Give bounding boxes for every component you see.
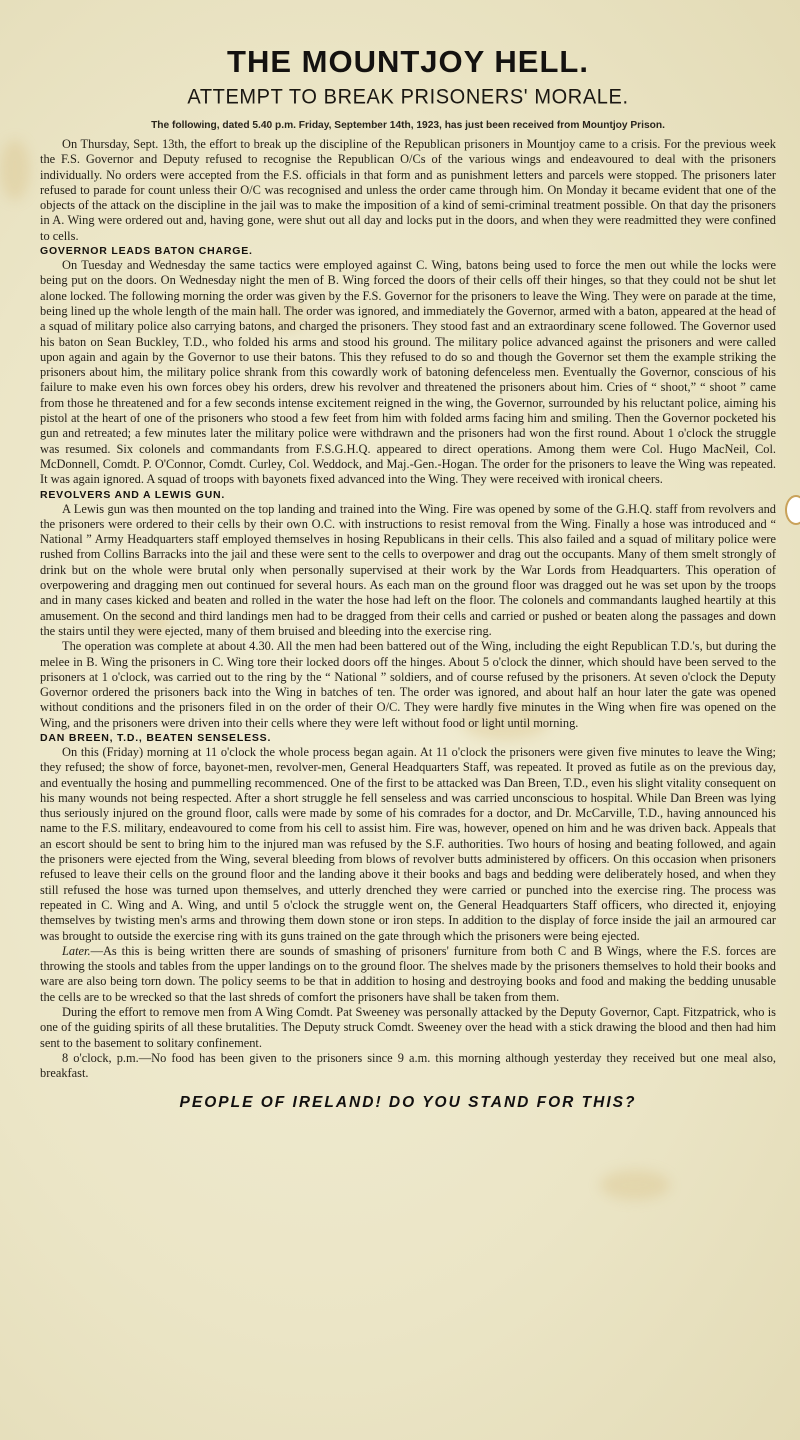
document-content: THE MOUNTJOY HELL. ATTEMPT TO BREAK PRIS… — [40, 40, 776, 1112]
document-subtitle: ATTEMPT TO BREAK PRISONERS' MORALE. — [40, 85, 776, 109]
dateline: The following, dated 5.40 p.m. Friday, S… — [40, 120, 776, 131]
body-paragraph: On Tuesday and Wednesday the same tactic… — [40, 258, 776, 487]
later-label: Later. — [62, 944, 91, 958]
section-heading: DAN BREEN, T.D., BEATEN SENSELESS. — [40, 732, 776, 744]
document-sheet: THE MOUNTJOY HELL. ATTEMPT TO BREAK PRIS… — [0, 0, 800, 1440]
closing-paragraph: 8 o'clock, p.m.—No food has been given t… — [40, 1051, 776, 1082]
closing-paragraph: During the effort to remove men from A W… — [40, 1005, 776, 1051]
footer-appeal: PEOPLE OF IRELAND! DO YOU STAND FOR THIS… — [40, 1094, 776, 1112]
paper-stain — [600, 1170, 670, 1200]
body-paragraph: A Lewis gun was then mounted on the top … — [40, 502, 776, 640]
section-heading: REVOLVERS AND A LEWIS GUN. — [40, 489, 776, 501]
section-heading: GOVERNOR LEADS BATON CHARGE. — [40, 245, 776, 257]
document-title: THE MOUNTJOY HELL. — [40, 44, 776, 80]
paper-stain — [0, 140, 30, 200]
body-paragraph: The operation was complete at about 4.30… — [40, 639, 776, 731]
body-paragraph: On this (Friday) morning at 11 o'clock t… — [40, 745, 776, 944]
later-text: —As this is being written there are soun… — [40, 944, 776, 1004]
intro-paragraph: On Thursday, Sept. 13th, the effort to b… — [40, 137, 776, 244]
later-paragraph: Later.—As this is being written there ar… — [40, 944, 776, 1005]
punch-hole — [787, 497, 800, 523]
